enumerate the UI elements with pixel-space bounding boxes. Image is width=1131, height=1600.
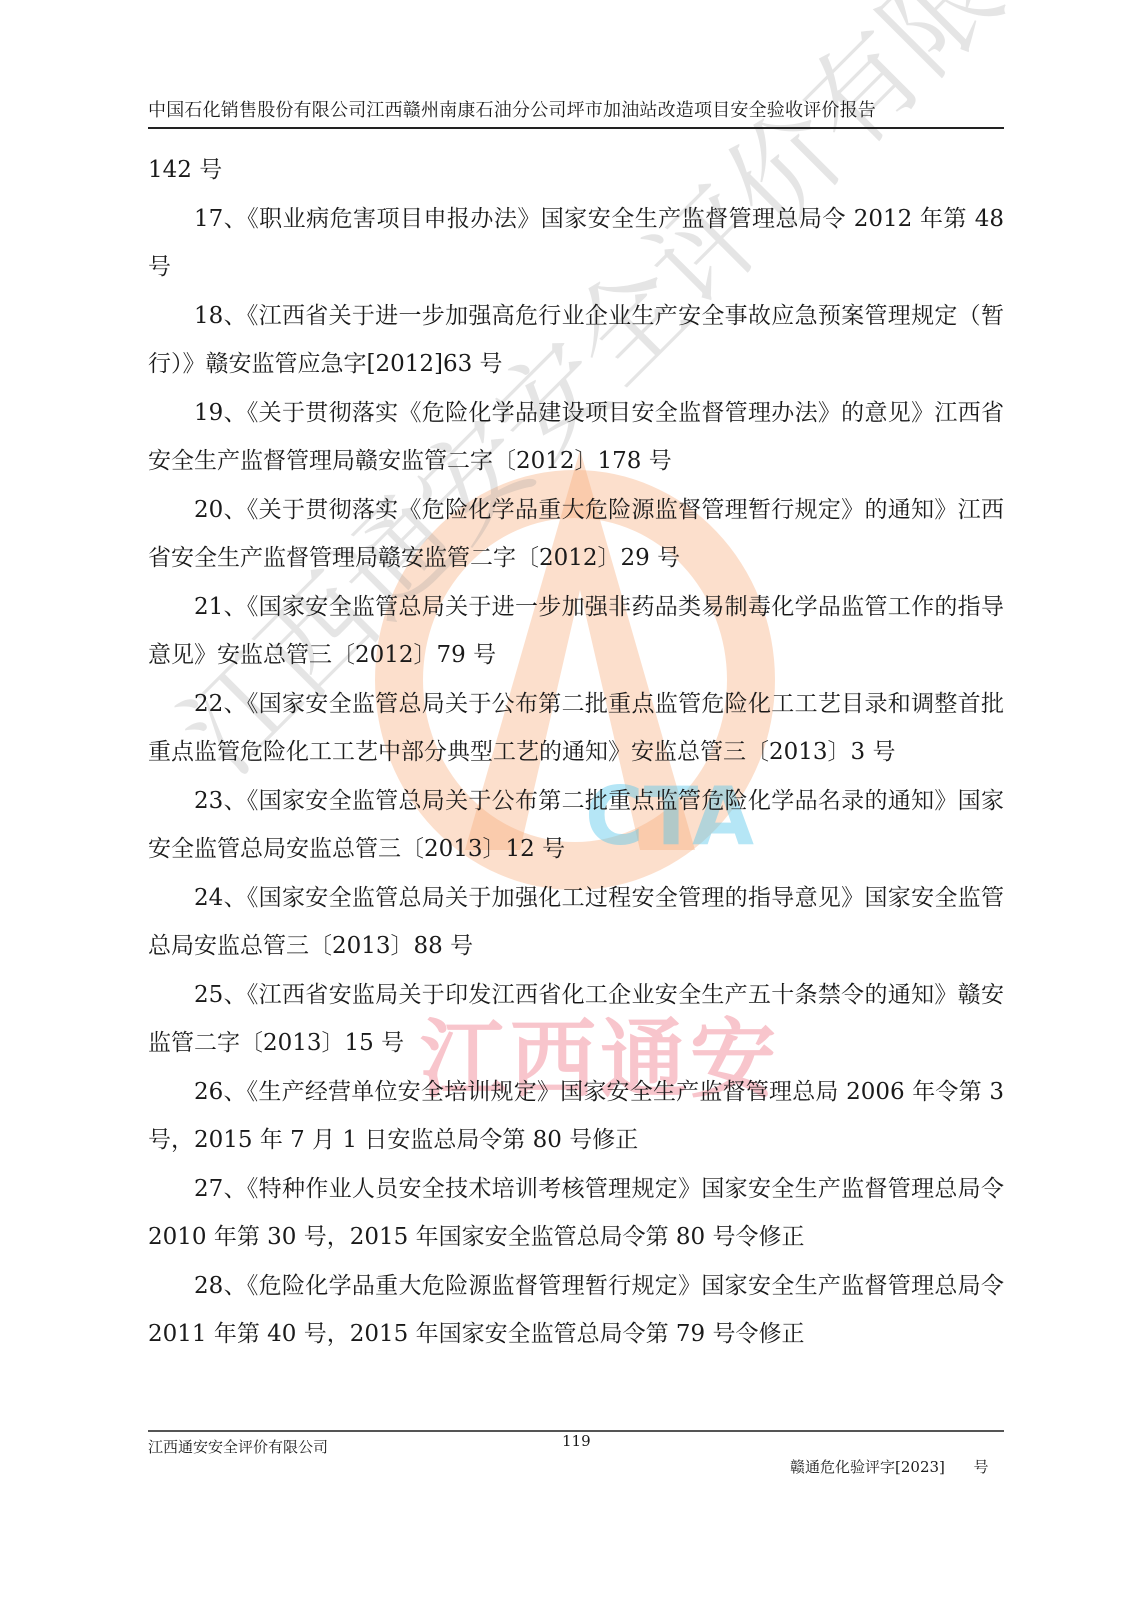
list-item-22: 22、《国家安全监管总局关于公布第二批重点监管危险化工工艺目录和调整首批重点监管…	[148, 680, 1004, 777]
header-divider	[148, 127, 1004, 129]
footer-doc-number: 赣通危化验评字[2023] 号	[790, 1456, 989, 1477]
list-item-19: 19、《关于贯彻落实《危险化学品建设项目安全监督管理办法》的意见》江西省安全生产…	[148, 389, 1004, 486]
page-header-title: 中国石化销售股份有限公司江西赣州南康石油分公司坪市加油站改造项目安全验收评价报告	[148, 96, 1004, 122]
list-item-17: 17、《职业病危害项目申报办法》国家安全生产监督管理总局令 2012 年第 48…	[148, 195, 1004, 292]
footer-company: 江西通安安全评价有限公司	[148, 1436, 328, 1457]
list-item-27: 27、《特种作业人员安全技术培训考核管理规定》国家安全生产监督管理总局令 201…	[148, 1165, 1004, 1262]
page-number: 119	[562, 1432, 591, 1450]
continuation-line: 142 号	[148, 146, 1004, 195]
list-item-25: 25、《江西省安监局关于印发江西省化工企业安全生产五十条禁令的通知》赣安监管二字…	[148, 971, 1004, 1068]
list-item-18: 18、《江西省关于进一步加强高危行业企业生产安全事故应急预案管理规定（暂行）》赣…	[148, 292, 1004, 389]
document-body: 142 号 17、《职业病危害项目申报办法》国家安全生产监督管理总局令 2012…	[148, 146, 1004, 1359]
list-item-21: 21、《国家安全监管总局关于进一步加强非药品类易制毒化学品监管工作的指导意见》安…	[148, 583, 1004, 680]
list-item-26: 26、《生产经营单位安全培训规定》国家安全生产监督管理总局 2006 年令第 3…	[148, 1068, 1004, 1165]
list-item-23: 23、《国家安全监管总局关于公布第二批重点监管危险化学品名录的通知》国家安全监管…	[148, 777, 1004, 874]
list-item-28: 28、《危险化学品重大危险源监督管理暂行规定》国家安全生产监督管理总局令 201…	[148, 1262, 1004, 1359]
list-item-24: 24、《国家安全监管总局关于加强化工过程安全管理的指导意见》国家安全监管总局安监…	[148, 874, 1004, 971]
list-item-20: 20、《关于贯彻落实《危险化学品重大危险源监督管理暂行规定》的通知》江西省安全生…	[148, 486, 1004, 583]
